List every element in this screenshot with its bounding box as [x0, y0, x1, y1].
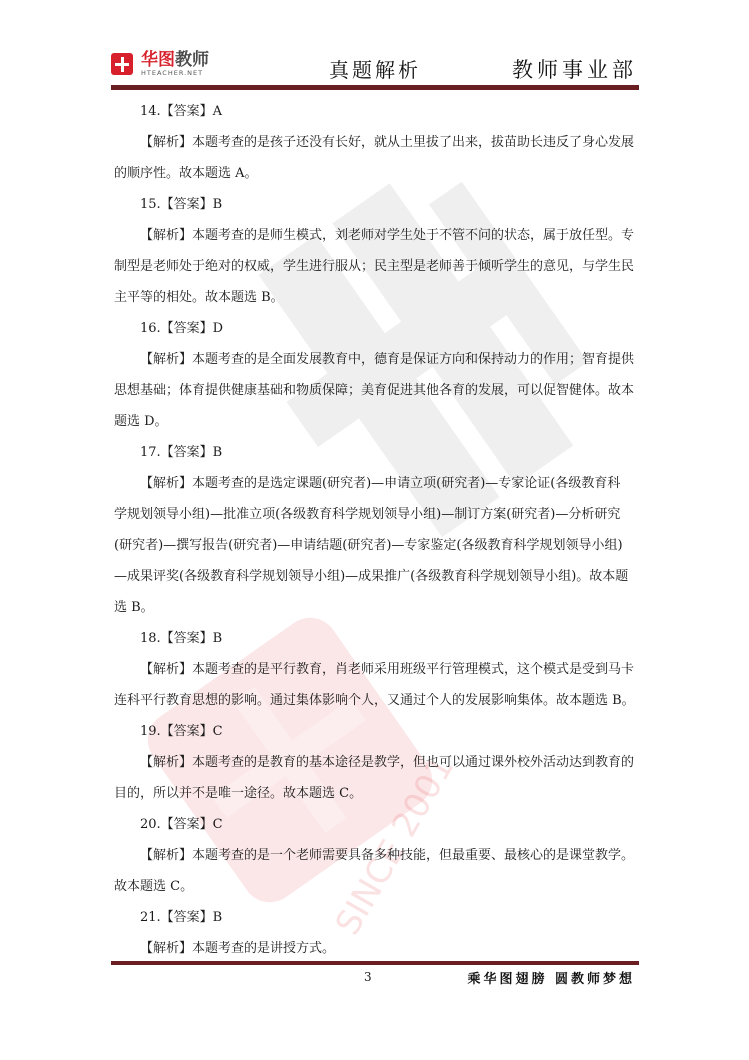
analysis-line: 题选 D。	[114, 406, 640, 437]
analysis-line: 的顺序性。故本题选 A。	[114, 158, 640, 189]
answer-item: 14.【答案】A 【解析】本题考查的是孩子还没有长好，就从土里拔了出来，拔苗助长…	[114, 96, 640, 189]
analysis-line: 【解析】本题考查的是全面发展教育中，德育是保证方向和保持动力的作用；智育提供	[114, 344, 640, 375]
logo-name: 华图教师	[141, 52, 209, 69]
answer-label: 18.【答案】B	[114, 623, 640, 654]
analysis-line: 【解析】本题考查的是一个老师需要具备多种技能，但最重要、最核心的是课堂教学。	[114, 840, 640, 871]
answer-item: 15.【答案】B 【解析】本题考查的是师生模式，刘老师对学生处于不管不问的状态，…	[114, 189, 640, 313]
answer-item: 21.【答案】B 【解析】本题考查的是讲授方式。	[114, 902, 640, 964]
answer-item: 20.【答案】C 【解析】本题考查的是一个老师需要具备多种技能，但最重要、最核心…	[114, 809, 640, 902]
answer-item: 17.【答案】B 【解析】本题考查的是选定课题(研究者)—申请立项(研究者)—专…	[114, 437, 640, 623]
answer-label: 19.【答案】C	[114, 716, 640, 747]
analysis-line: 【解析】本题考查的是平行教育，肖老师采用班级平行管理模式，这个模式是受到马卡	[114, 654, 640, 685]
answer-item: 18.【答案】B 【解析】本题考查的是平行教育，肖老师采用班级平行管理模式，这个…	[114, 623, 640, 716]
header-divider	[111, 85, 639, 90]
analysis-line: 【解析】本题考查的是师生模式，刘老师对学生处于不管不问的状态，属于放任型。专	[114, 220, 640, 251]
analysis-line: —成果评奖(各级教育科学规划领导小组)—成果推广(各级教育科学规划领导小组)。故…	[114, 561, 640, 592]
logo-name-suffix: 教师	[175, 50, 209, 70]
document-title: 真题解析	[329, 54, 421, 83]
analysis-line: 选 B。	[114, 592, 640, 623]
analysis-line: 连科平行教育思想的影响。通过集体影响个人，又通过个人的发展影响集体。故本题选 B…	[114, 685, 640, 716]
logo-icon	[111, 53, 133, 75]
analysis-line: 故本题选 C。	[114, 871, 640, 902]
answer-label: 16.【答案】D	[114, 313, 640, 344]
analysis-line: 思想基础；体育提供健康基础和物质保障；美育促进其他各育的发展，可以促智健体。故本	[114, 375, 640, 406]
answer-label: 15.【答案】B	[114, 189, 640, 220]
logo-name-prefix: 华图	[141, 50, 175, 70]
analysis-line: 【解析】本题考查的是教育的基本途径是教学，但也可以通过课外校外活动达到教育的	[114, 747, 640, 778]
analysis-line: 【解析】本题考查的是讲授方式。	[114, 933, 640, 964]
logo-site: HTEACHER.NET	[141, 70, 209, 77]
answer-label: 21.【答案】B	[114, 902, 640, 933]
analysis-line: (研究者)—撰写报告(研究者)—申请结题(研究者)—专家鉴定(各级教育科学规划领…	[114, 530, 640, 561]
page-number: 3	[364, 970, 372, 984]
answer-item: 16.【答案】D 【解析】本题考查的是全面发展教育中，德育是保证方向和保持动力的…	[114, 313, 640, 437]
analysis-line: 目的，所以并不是唯一途径。故本题选 C。	[114, 778, 640, 809]
answer-item: 19.【答案】C 【解析】本题考查的是教育的基本途径是教学，但也可以通过课外校外…	[114, 716, 640, 809]
department-name: 教师事业部	[512, 54, 637, 84]
answer-label: 14.【答案】A	[114, 96, 640, 127]
analysis-line: 主平等的相处。故本题选 B。	[114, 282, 640, 313]
analysis-line: 【解析】本题考查的是孩子还没有长好，就从土里拔了出来，拔苗助长违反了身心发展	[114, 127, 640, 158]
answer-list: 14.【答案】A 【解析】本题考查的是孩子还没有长好，就从土里拔了出来，拔苗助长…	[114, 96, 640, 964]
answer-label: 20.【答案】C	[114, 809, 640, 840]
analysis-line: 【解析】本题考查的是选定课题(研究者)—申请立项(研究者)—专家论证(各级教育科	[114, 468, 640, 499]
footer-slogan: 乘华图翅膀 圆教师梦想	[467, 968, 635, 987]
answer-label: 17.【答案】B	[114, 437, 640, 468]
brand-logo: 华图教师 HTEACHER.NET	[111, 52, 209, 77]
page-header: 华图教师 HTEACHER.NET 真题解析 教师事业部	[111, 44, 639, 90]
analysis-line: 制型是老师处于绝对的权威，学生进行服从；民主型是老师善于倾听学生的意见，与学生民	[114, 251, 640, 282]
analysis-line: 学规划领导小组)—批准立项(各级教育科学规划领导小组)—制订方案(研究者)—分析…	[114, 499, 640, 530]
footer-divider	[111, 961, 639, 965]
